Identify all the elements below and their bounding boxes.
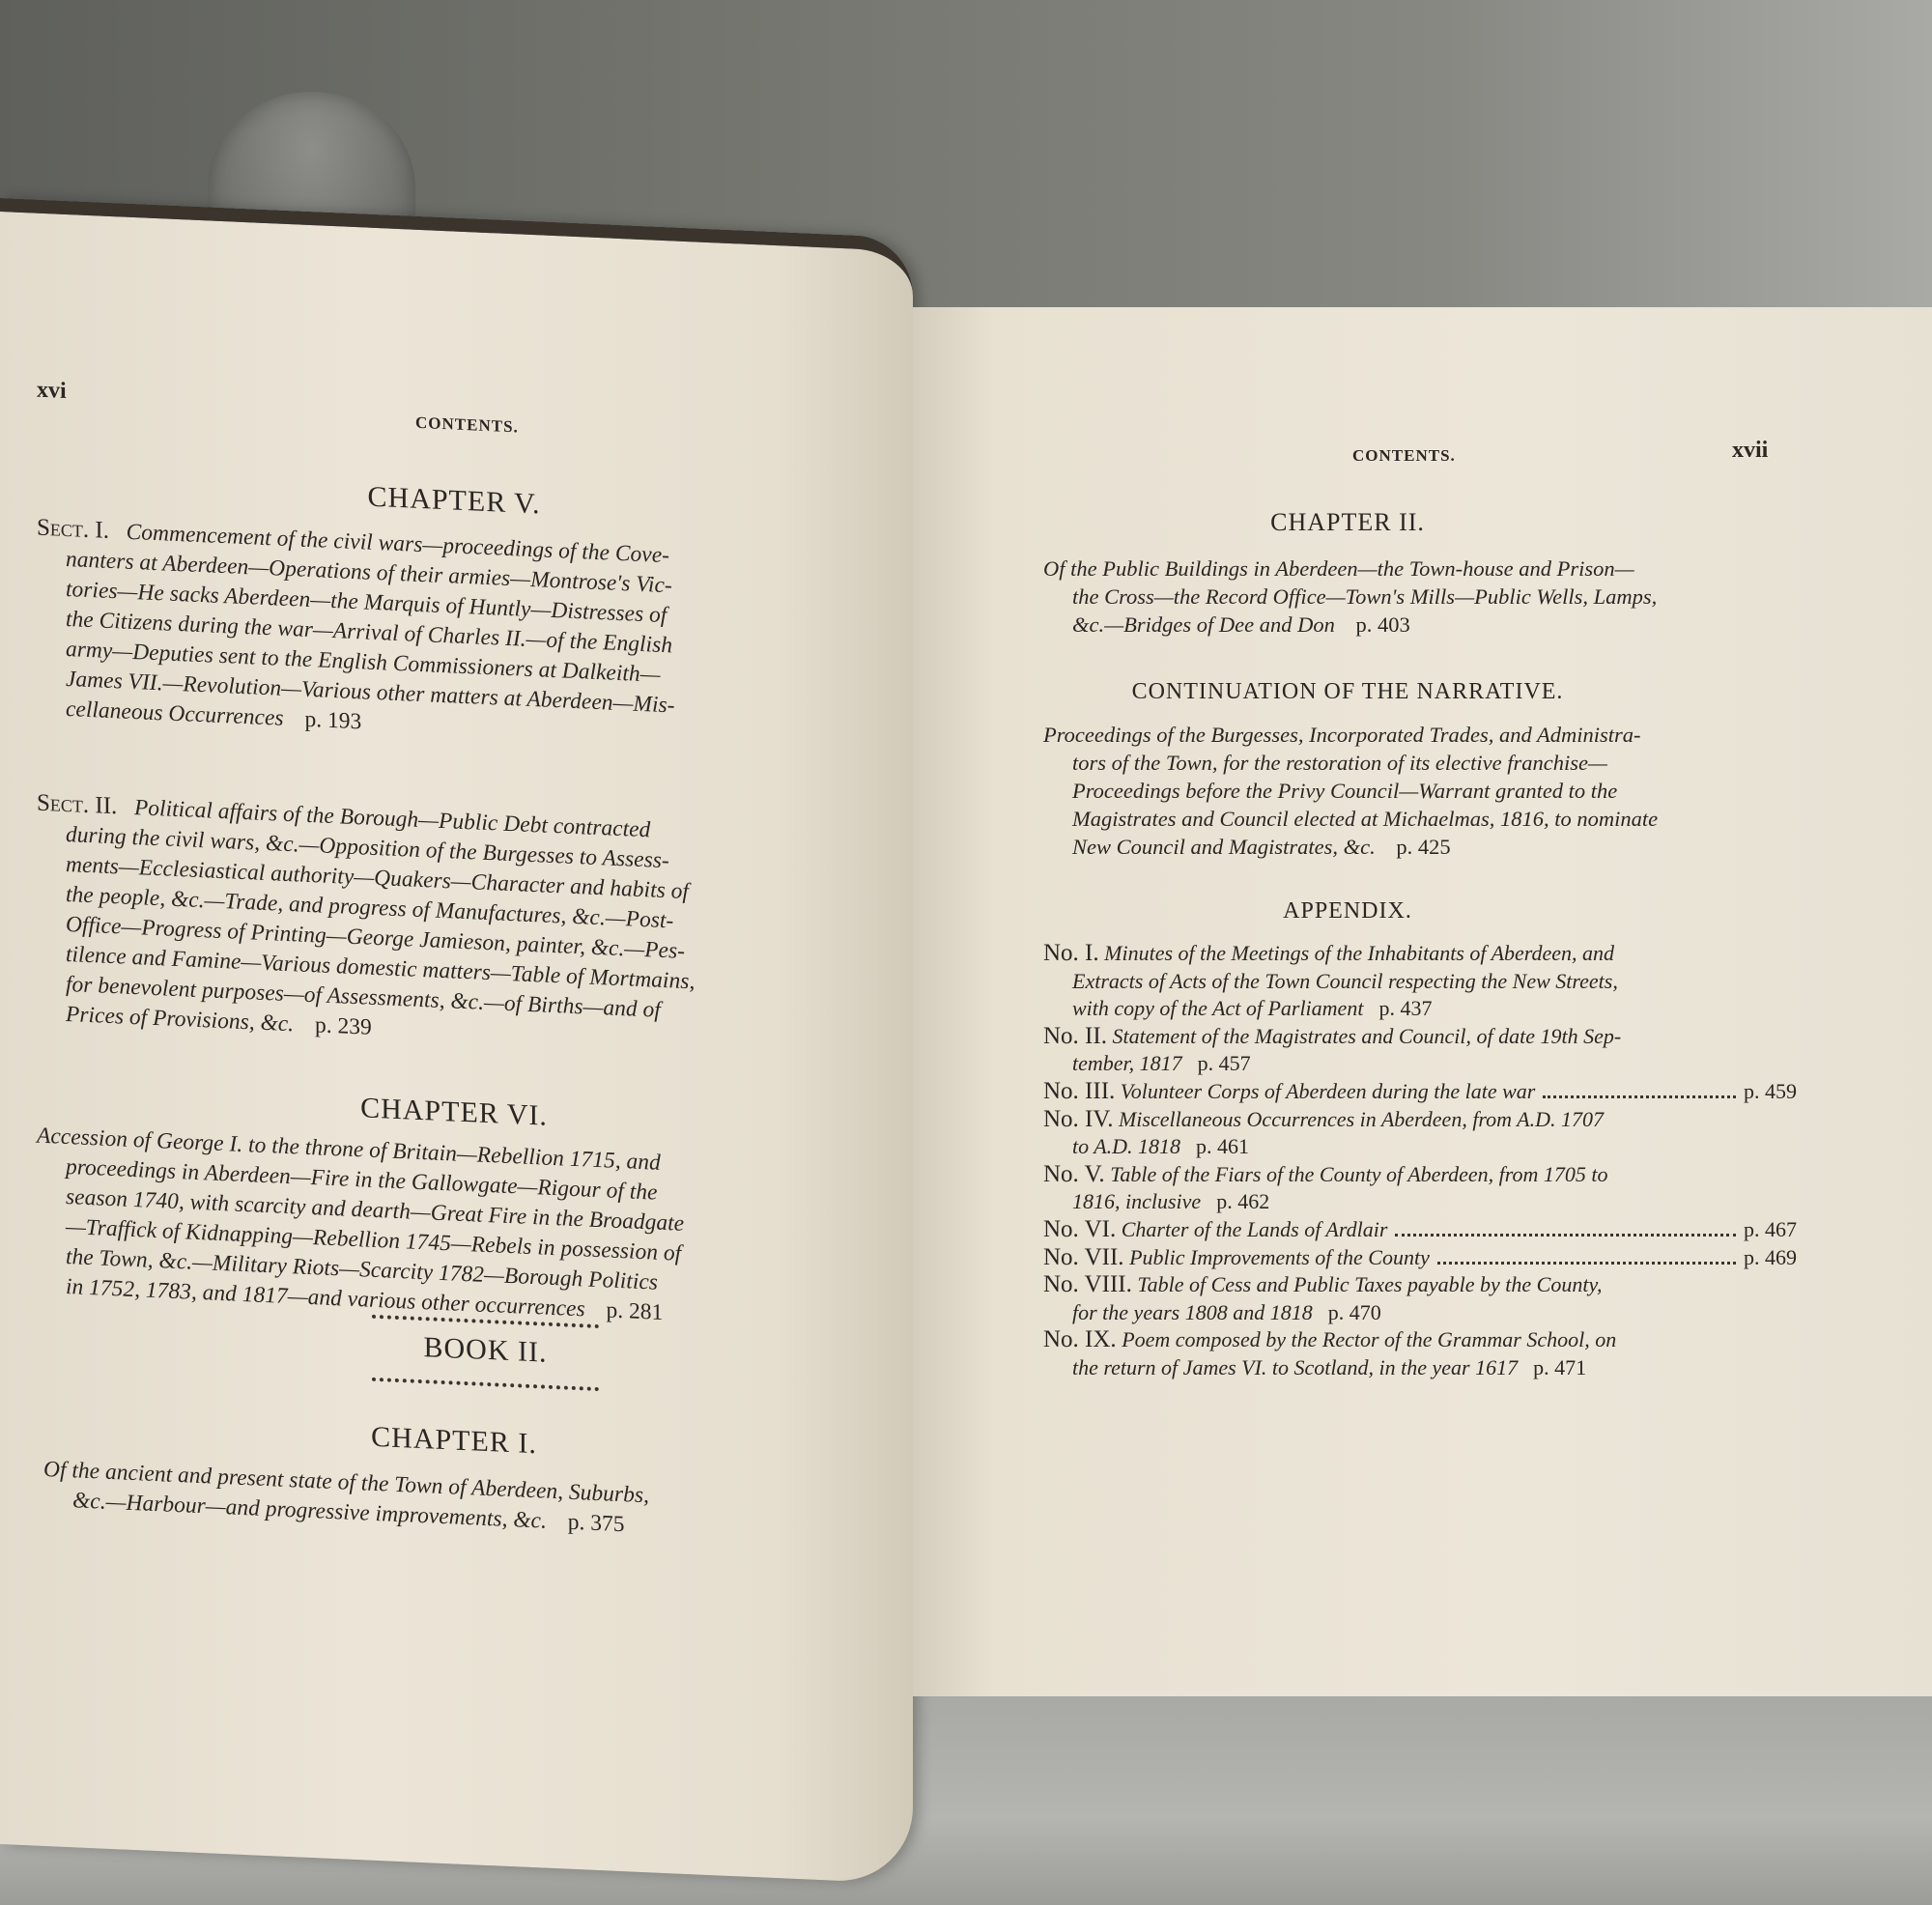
running-head-right: CONTENTS. <box>1352 446 1456 466</box>
chapter-v-heading: CHAPTER V. <box>290 477 618 525</box>
continuation-entry[interactable]: Proceedings of the Burgesses, Incorporat… <box>1043 721 1797 861</box>
appendix-item-2[interactable]: No. II. Statement of the Magistrates and… <box>1043 1023 1797 1078</box>
page-number: p. 471 <box>1533 1355 1586 1379</box>
page-number: p. 403 <box>1355 612 1409 637</box>
dot-leader <box>1543 1095 1736 1098</box>
chapter-ii-entry[interactable]: Of the Public Buildings in Aberdeen—the … <box>1043 554 1797 639</box>
chapter-i-entry[interactable]: Of the ancient and present state of the … <box>43 1455 874 1551</box>
chapter-i-heading: CHAPTER I. <box>290 1417 618 1464</box>
continuation-leader: New Council and Magistrates, &c. p. 425 <box>1043 833 1797 861</box>
page-number: p. 281 <box>607 1297 664 1325</box>
page-number: p. 470 <box>1328 1300 1381 1324</box>
page-number: p. 462 <box>1216 1189 1269 1213</box>
sect-ii-label: Sect. II. <box>37 790 117 820</box>
appendix-item-7[interactable]: No. VII. Public Improvements of the Coun… <box>1043 1244 1797 1272</box>
sect-i-entry[interactable]: Sect. I. Commencement of the civil wars—… <box>37 513 867 760</box>
page-number: p. 425 <box>1396 835 1450 859</box>
page-number: p. 239 <box>315 1012 372 1040</box>
right-page: CONTENTS. xvii CHAPTER II. Of the Public… <box>913 307 1932 1696</box>
book-ii-heading: BOOK II. <box>372 1329 599 1372</box>
page-number: p. 193 <box>304 707 361 735</box>
page-number: p. 437 <box>1378 996 1432 1020</box>
folio-left: xvi <box>37 378 67 405</box>
ornamental-rule-bottom <box>372 1378 599 1391</box>
page-number: p. 461 <box>1196 1134 1249 1158</box>
chapter-ii-leader: &c.—Bridges of Dee and Don p. 403 <box>1043 611 1797 639</box>
appendix-item-8[interactable]: No. VIII. Table of Cess and Public Taxes… <box>1043 1271 1797 1326</box>
sect-ii-entry[interactable]: Sect. II. Political affairs of the Borou… <box>37 788 867 1066</box>
appendix-item-9[interactable]: No. IX. Poem composed by the Rector of t… <box>1043 1326 1797 1381</box>
chapter-ii-heading: CHAPTER II. <box>1203 508 1492 537</box>
page-number: p. 467 <box>1744 1216 1797 1244</box>
folio-right: xvii <box>1732 438 1768 464</box>
appendix-heading: APPENDIX. <box>1203 898 1492 924</box>
sect-i-label: Sect. I. <box>37 515 109 544</box>
appendix-list: No. I. Minutes of the Meetings of the In… <box>1043 940 1797 1382</box>
page-number: p. 457 <box>1198 1051 1251 1075</box>
appendix-item-3[interactable]: No. III. Volunteer Corps of Aberdeen dur… <box>1043 1078 1797 1106</box>
dot-leader <box>1437 1261 1736 1265</box>
chapter-vi-heading: CHAPTER VI. <box>290 1089 618 1136</box>
appendix-item-4[interactable]: No. IV. Miscellaneous Occurrences in Abe… <box>1043 1106 1797 1161</box>
appendix-item-6[interactable]: No. VI. Charter of the Lands of Ardlairp… <box>1043 1216 1797 1244</box>
running-head-left: CONTENTS. <box>415 413 519 438</box>
page-number: p. 375 <box>568 1510 625 1538</box>
left-page: xvi CONTENTS. CHAPTER V. Sect. I. Commen… <box>0 198 913 1884</box>
page-number: p. 459 <box>1744 1078 1797 1106</box>
dot-leader <box>1395 1233 1736 1237</box>
continuation-heading: CONTINUATION OF THE NARRATIVE. <box>1058 679 1637 705</box>
appendix-item-5[interactable]: No. V. Table of the Fiars of the County … <box>1043 1161 1797 1216</box>
page-number: p. 469 <box>1744 1244 1797 1272</box>
chapter-vi-entry[interactable]: Accession of George I. to the throne of … <box>37 1122 867 1338</box>
appendix-item-1[interactable]: No. I. Minutes of the Meetings of the In… <box>1043 940 1797 1023</box>
